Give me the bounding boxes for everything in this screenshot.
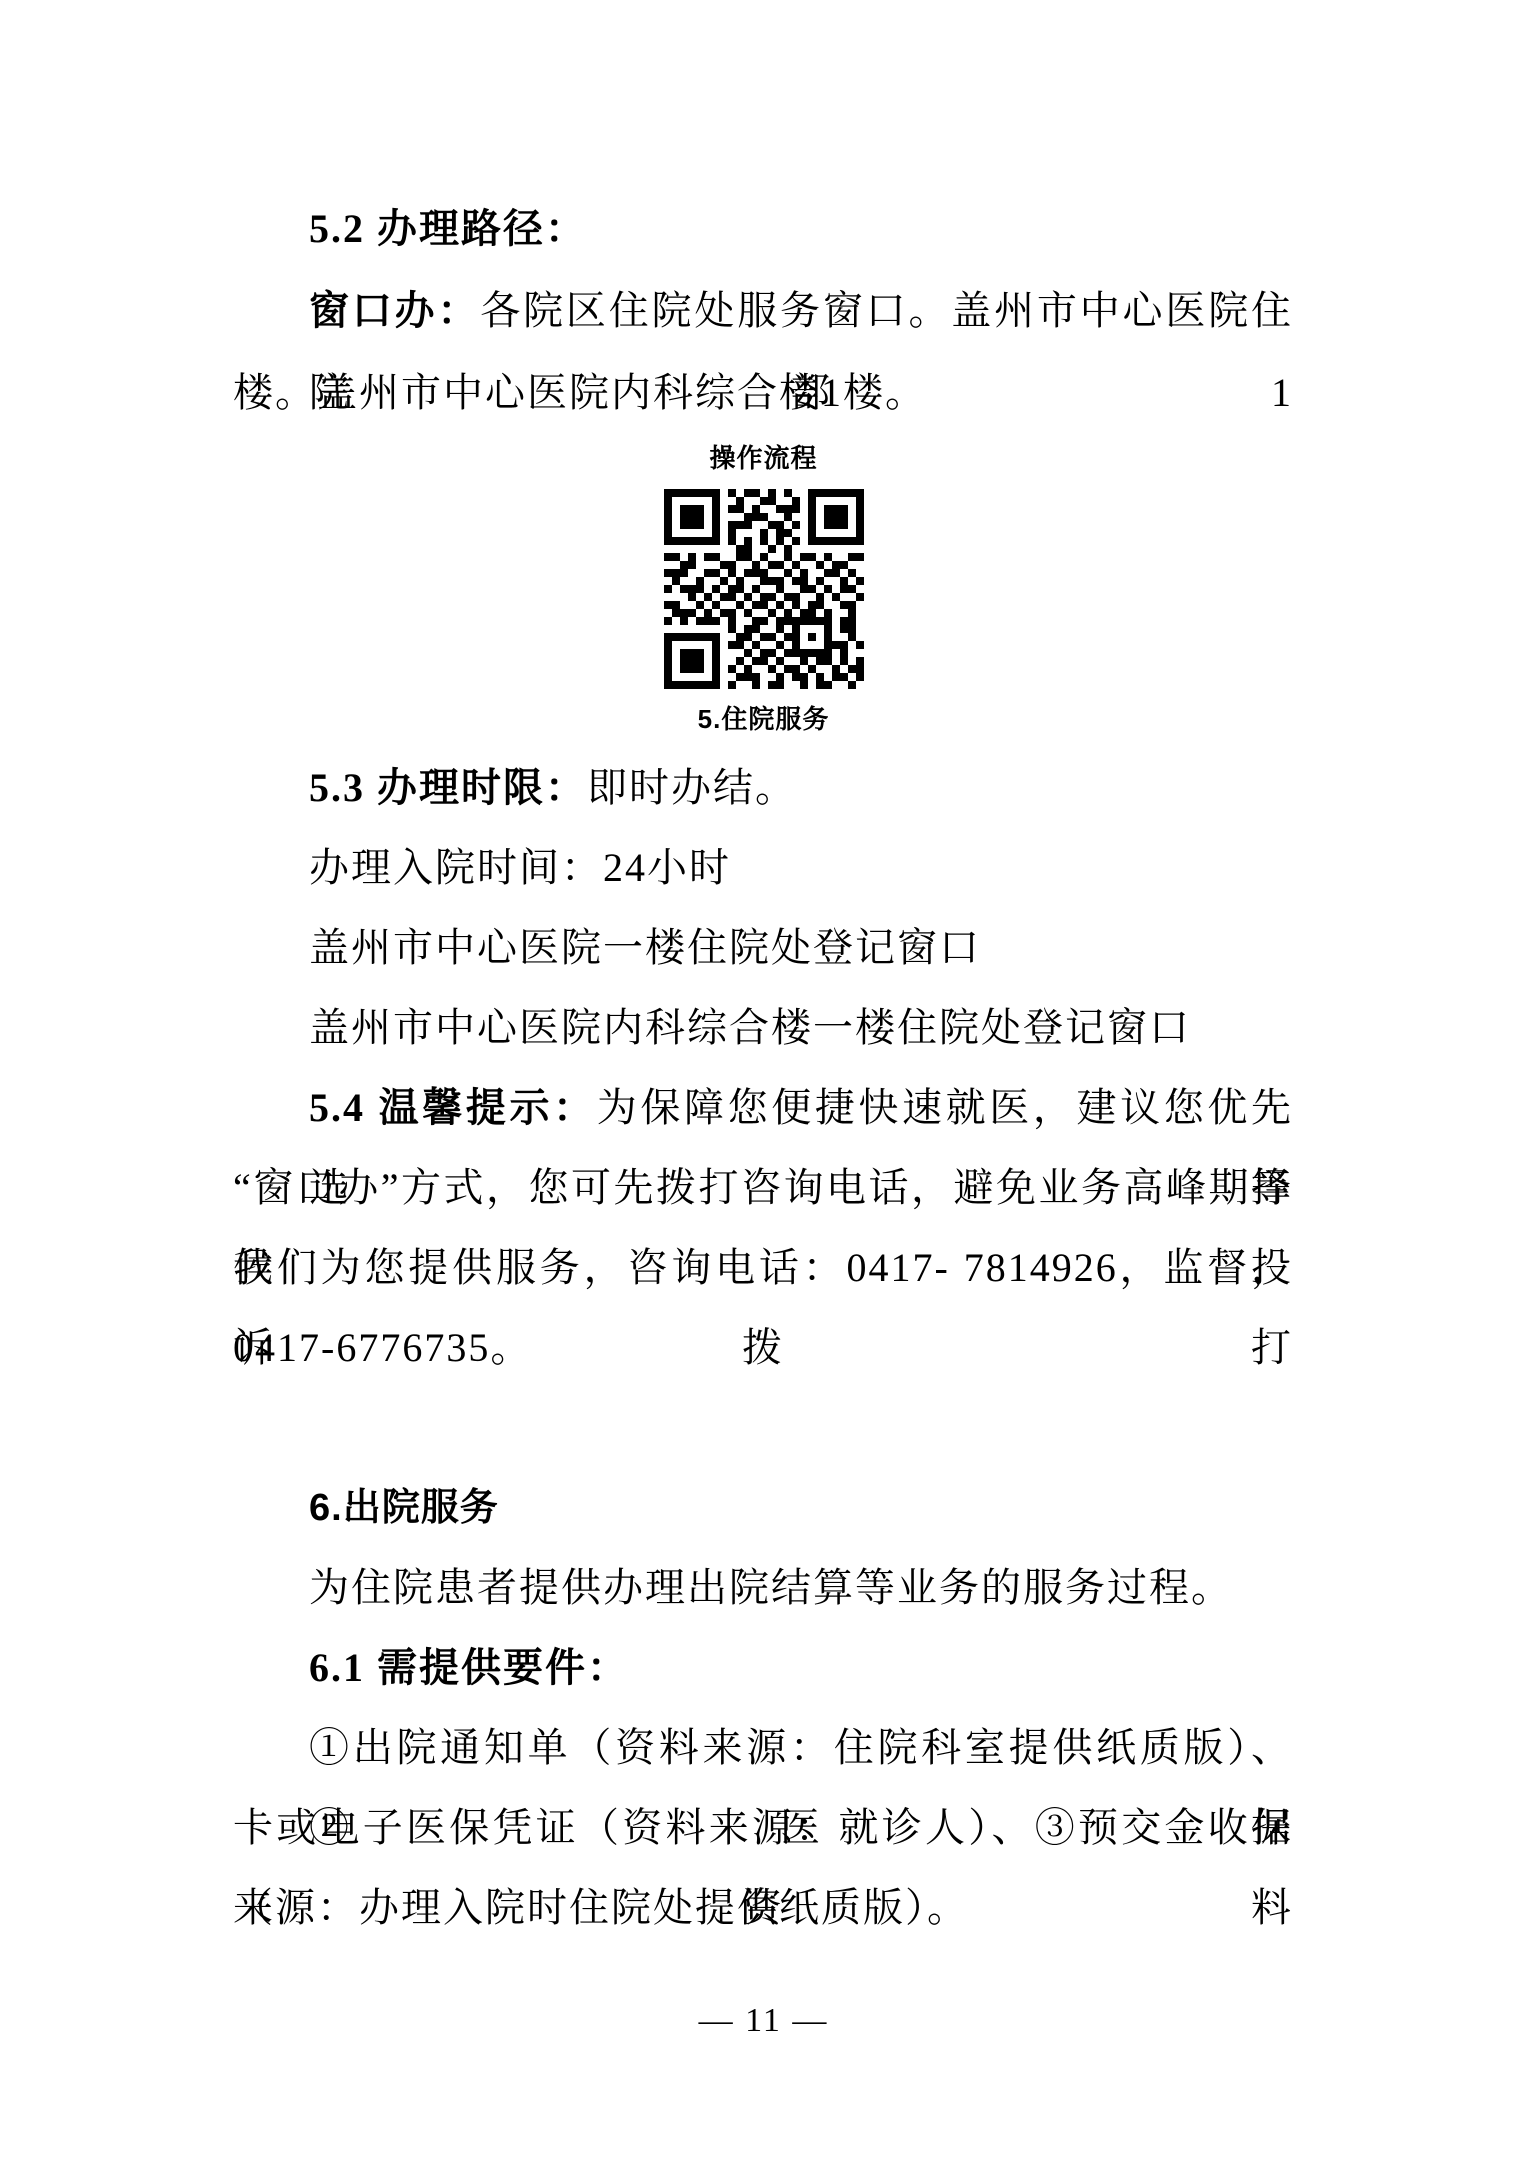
qr-module — [840, 625, 848, 633]
qr-module — [752, 601, 760, 609]
qr-module — [792, 505, 800, 513]
qr-module — [848, 553, 856, 561]
qr-module — [808, 617, 816, 625]
qr-module — [664, 553, 672, 561]
qr-module — [824, 657, 832, 665]
qr-module — [768, 609, 776, 617]
qr-module — [704, 617, 712, 625]
qr-module — [808, 601, 816, 609]
qr-module — [728, 593, 736, 601]
qr-module — [840, 601, 848, 609]
qr-module — [776, 521, 784, 529]
text-line: 5.4 温馨提示：为保障您便捷快速就医，建议您优先选择 — [233, 1068, 1293, 1148]
text-line: 盖州市中心医院内科综合楼一楼住院处登记窗口 — [233, 988, 1293, 1068]
qr-module — [824, 649, 832, 657]
qr-module — [848, 681, 856, 689]
qr-module — [736, 673, 744, 681]
qr-module — [712, 489, 720, 497]
qr-module — [680, 681, 688, 689]
qr-module — [856, 505, 864, 513]
qr-module — [736, 641, 744, 649]
qr-module — [752, 585, 760, 593]
qr-module — [704, 489, 712, 497]
qr-module — [856, 521, 864, 529]
qr-module — [856, 673, 864, 681]
qr-module — [680, 561, 688, 569]
qr-module — [720, 593, 728, 601]
qr-module — [728, 681, 736, 689]
qr-module — [776, 641, 784, 649]
qr-module — [752, 617, 760, 625]
qr-module — [664, 673, 672, 681]
qr-module — [664, 489, 672, 497]
qr-module — [712, 633, 720, 641]
qr-module — [840, 641, 848, 649]
qr-module — [768, 561, 776, 569]
line-text: 0417-6776735。 — [233, 1325, 532, 1370]
qr-module — [800, 609, 808, 617]
qr-module — [768, 545, 776, 553]
qr-module — [744, 625, 752, 633]
line-text: 6.出院服务 — [309, 1487, 499, 1529]
qr-module — [712, 513, 720, 521]
qr-module — [824, 489, 832, 497]
qr-module — [688, 561, 696, 569]
line-text: 来源：办理入院时住院处提供纸质版）。 — [233, 1885, 969, 1930]
qr-module — [672, 609, 680, 617]
qr-module — [680, 537, 688, 545]
line-bold-prefix: 5.3 办理时限： — [309, 765, 587, 810]
qr-module — [712, 537, 720, 545]
qr-module — [848, 537, 856, 545]
qr-module — [784, 505, 792, 513]
qr-module — [752, 505, 760, 513]
qr-module — [784, 617, 792, 625]
qr-module — [712, 649, 720, 657]
qr-module — [808, 609, 816, 617]
qr-module — [840, 513, 848, 521]
qr-module — [688, 489, 696, 497]
qr-module — [824, 505, 832, 513]
qr-module — [848, 617, 856, 625]
qr-module — [696, 649, 704, 657]
qr-module — [792, 537, 800, 545]
qr-module — [840, 577, 848, 585]
qr-module — [728, 537, 736, 545]
qr-module — [776, 537, 784, 545]
qr-module — [752, 673, 760, 681]
qr-module — [800, 585, 808, 593]
qr-module — [776, 585, 784, 593]
qr-module — [712, 569, 720, 577]
qr-module — [824, 521, 832, 529]
qr-module — [664, 585, 672, 593]
qr-module — [736, 601, 744, 609]
qr-module — [696, 633, 704, 641]
qr-module — [848, 585, 856, 593]
qr-module — [752, 561, 760, 569]
qr-module — [704, 609, 712, 617]
qr-module — [752, 625, 760, 633]
qr-module — [808, 521, 816, 529]
qr-module — [840, 673, 848, 681]
qr-module — [736, 505, 744, 513]
line-bold-prefix: 窗口办： — [309, 288, 480, 333]
qr-module — [840, 561, 848, 569]
qr-module — [752, 489, 760, 497]
qr-module — [824, 609, 832, 617]
qr-module — [856, 577, 864, 585]
qr-module — [768, 665, 776, 673]
qr-module — [776, 601, 784, 609]
qr-module — [848, 665, 856, 673]
qr-module — [744, 489, 752, 497]
qr-module — [696, 601, 704, 609]
page-number: — 11 — — [0, 2002, 1527, 2040]
qr-module — [792, 497, 800, 505]
qr-module — [856, 537, 864, 545]
qr-module — [848, 601, 856, 609]
qr-module — [824, 585, 832, 593]
qr-module — [760, 617, 768, 625]
qr-module — [712, 673, 720, 681]
text-line: 5.3 办理时限：即时办结。 — [233, 748, 1293, 828]
qr-module — [696, 489, 704, 497]
qr-module — [728, 625, 736, 633]
text-line: 6.出院服务 — [233, 1468, 1293, 1548]
qr-module — [680, 657, 688, 665]
qr-module — [816, 593, 824, 601]
qr-module — [720, 561, 728, 569]
text-line: 我们为您提供服务，咨询电话：0417- 7814926，监督投诉拨打 — [233, 1228, 1293, 1308]
qr-module — [736, 545, 744, 553]
qr-module — [824, 641, 832, 649]
qr-module — [704, 633, 712, 641]
qr-module — [744, 673, 752, 681]
qr-module — [784, 665, 792, 673]
qr-module — [784, 569, 792, 577]
qr-module — [664, 537, 672, 545]
text-line: 5.2 办理路径： — [233, 188, 1293, 270]
qr-module — [688, 657, 696, 665]
qr-module — [704, 553, 712, 561]
qr-module — [736, 585, 744, 593]
qr-module — [808, 497, 816, 505]
qr-module — [824, 537, 832, 545]
qr-module — [688, 665, 696, 673]
qr-module — [696, 681, 704, 689]
qr-module — [752, 641, 760, 649]
qr-module — [712, 585, 720, 593]
qr-module — [832, 593, 840, 601]
qr-module — [712, 601, 720, 609]
qr-module — [712, 553, 720, 561]
qr-module — [736, 553, 744, 561]
qr-module — [744, 569, 752, 577]
qr-module — [712, 681, 720, 689]
qr-module — [768, 497, 776, 505]
qr-module — [664, 569, 672, 577]
line-bold-prefix: 5.4 温馨提示： — [309, 1085, 597, 1130]
qr-module — [768, 633, 776, 641]
section-5-2-processing-path: 5.2 办理路径：窗口办：各院区住院处服务窗口。盖州市中心医院住院部1楼。盖州市… — [233, 188, 1293, 434]
text-line: ①出院通知单（资料来源：住院科室提供纸质版）、②医保 — [233, 1708, 1293, 1788]
qr-module — [744, 665, 752, 673]
qr-module — [760, 577, 768, 585]
qr-module — [744, 553, 752, 561]
qr-module — [816, 657, 824, 665]
qr-module — [824, 617, 832, 625]
qr-module — [712, 641, 720, 649]
qr-module — [800, 649, 808, 657]
qr-module — [768, 681, 776, 689]
qr-module — [760, 497, 768, 505]
qr-module — [808, 649, 816, 657]
qr-module — [800, 673, 808, 681]
qr-module — [840, 505, 848, 513]
qr-module — [848, 569, 856, 577]
qr-module — [672, 577, 680, 585]
qr-module — [672, 601, 680, 609]
qr-module — [744, 633, 752, 641]
qr-module — [840, 649, 848, 657]
text-line: 卡或电子医保凭证（资料来源：就诊人）、③预交金收据（资料 — [233, 1788, 1293, 1868]
qr-module — [672, 537, 680, 545]
qr-module — [664, 497, 672, 505]
qr-module — [784, 553, 792, 561]
qr-module — [728, 617, 736, 625]
qr-module — [776, 617, 784, 625]
qr-module — [696, 537, 704, 545]
qr-module — [688, 521, 696, 529]
qr-module — [728, 561, 736, 569]
qr-module — [696, 665, 704, 673]
qr-module — [728, 609, 736, 617]
qr-module — [824, 681, 832, 689]
qr-module — [840, 657, 848, 665]
qr-module — [760, 553, 768, 561]
qr-module — [848, 609, 856, 617]
qr-module — [688, 585, 696, 593]
qr-module — [664, 601, 672, 609]
qr-module — [744, 609, 752, 617]
qr-module — [672, 553, 680, 561]
qr-module — [840, 489, 848, 497]
qr-module — [792, 625, 800, 633]
qr-module — [816, 617, 824, 625]
qr-top-label: 操作流程 — [0, 438, 1527, 475]
qr-module — [760, 537, 768, 545]
qr-module — [784, 529, 792, 537]
qr-module — [832, 569, 840, 577]
qr-module — [776, 681, 784, 689]
qr-module — [680, 585, 688, 593]
qr-module — [808, 585, 816, 593]
qr-module — [840, 521, 848, 529]
qr-module — [784, 593, 792, 601]
qr-module — [832, 561, 840, 569]
qr-module — [784, 489, 792, 497]
text-line: “窗口办”方式，您可先拨打咨询电话，避免业务高峰期等候， — [233, 1148, 1293, 1228]
qr-module — [760, 593, 768, 601]
qr-module — [712, 529, 720, 537]
qr-module — [792, 521, 800, 529]
qr-module — [776, 657, 784, 665]
qr-module — [792, 593, 800, 601]
qr-block: 操作流程 5.住院服务 — [0, 438, 1527, 736]
qr-module — [808, 513, 816, 521]
qr-module — [816, 577, 824, 585]
section-5-3-5-4-details: 5.3 办理时限：即时办结。办理入院时间：24小时盖州市中心医院一楼住院处登记窗… — [233, 748, 1293, 1388]
qr-module — [776, 505, 784, 513]
qr-module — [792, 649, 800, 657]
qr-module — [712, 657, 720, 665]
qr-module — [712, 617, 720, 625]
qr-module — [680, 609, 688, 617]
qr-module — [856, 513, 864, 521]
qr-module — [752, 681, 760, 689]
qr-module — [744, 513, 752, 521]
qr-module — [664, 681, 672, 689]
qr-module — [696, 617, 704, 625]
text-line: 6.1 需提供要件： — [233, 1628, 1293, 1708]
qr-module — [792, 673, 800, 681]
qr-module — [856, 489, 864, 497]
qr-module — [664, 505, 672, 513]
qr-module — [680, 633, 688, 641]
qr-module — [680, 489, 688, 497]
line-bold-prefix: 5.2 办理路径： — [309, 206, 587, 251]
qr-module — [736, 577, 744, 585]
qr-module — [800, 681, 808, 689]
qr-module — [712, 521, 720, 529]
qr-module — [680, 665, 688, 673]
qr-module — [712, 505, 720, 513]
qr-module — [816, 561, 824, 569]
qr-module — [792, 641, 800, 649]
qr-module — [704, 569, 712, 577]
qr-module — [728, 489, 736, 497]
line-text: 6.1 需提供要件： — [309, 1645, 629, 1690]
qr-module — [664, 521, 672, 529]
qr-module — [824, 513, 832, 521]
qr-module — [784, 513, 792, 521]
qr-module — [808, 505, 816, 513]
qr-module — [752, 513, 760, 521]
line-text: 楼。盖州市中心医院内科综合楼1楼。 — [233, 370, 927, 415]
qr-module — [856, 657, 864, 665]
qr-module — [696, 521, 704, 529]
qr-module — [760, 513, 768, 521]
qr-module — [784, 633, 792, 641]
qr-module — [664, 529, 672, 537]
qr-module — [736, 497, 744, 505]
qr-module — [824, 569, 832, 577]
qr-module — [800, 577, 808, 585]
qr-module — [664, 657, 672, 665]
qr-module — [832, 673, 840, 681]
qr-module — [840, 617, 848, 625]
qr-module — [744, 521, 752, 529]
qr-module — [832, 513, 840, 521]
qr-module — [760, 649, 768, 657]
qr-module — [768, 593, 776, 601]
qr-module — [816, 673, 824, 681]
text-line: 盖州市中心医院一楼住院处登记窗口 — [233, 908, 1293, 988]
qr-module — [728, 665, 736, 673]
line-text: 为住院患者提供办理出院结算等业务的服务过程。 — [309, 1565, 1233, 1610]
qr-bottom-label: 5.住院服务 — [0, 699, 1527, 736]
qr-module — [664, 513, 672, 521]
qr-module — [736, 521, 744, 529]
qr-module — [728, 505, 736, 513]
qr-module — [832, 641, 840, 649]
qr-module — [776, 577, 784, 585]
qr-module — [856, 593, 864, 601]
qr-module — [808, 553, 816, 561]
qr-module — [680, 505, 688, 513]
qr-module — [704, 537, 712, 545]
qr-module — [792, 577, 800, 585]
qr-module — [800, 553, 808, 561]
qr-module — [680, 521, 688, 529]
qr-module — [776, 561, 784, 569]
qr-module — [696, 577, 704, 585]
qr-module — [816, 681, 824, 689]
qr-module — [800, 617, 808, 625]
qr-module — [672, 633, 680, 641]
qr-module — [696, 505, 704, 513]
qr-module — [832, 537, 840, 545]
qr-module — [840, 585, 848, 593]
qr-module — [720, 577, 728, 585]
qr-module — [680, 649, 688, 657]
qr-module — [688, 681, 696, 689]
qr-module — [760, 601, 768, 609]
qr-module — [808, 665, 816, 673]
qr-module — [792, 617, 800, 625]
qr-module — [736, 657, 744, 665]
qr-module — [664, 617, 672, 625]
qr-module — [816, 537, 824, 545]
qr-module — [848, 633, 856, 641]
qr-module — [736, 633, 744, 641]
qr-module — [784, 649, 792, 657]
qr-module — [832, 665, 840, 673]
qr-module — [680, 617, 688, 625]
qr-module — [760, 569, 768, 577]
qr-module — [704, 681, 712, 689]
qr-module — [824, 553, 832, 561]
qr-module — [704, 593, 712, 601]
qr-module — [760, 657, 768, 665]
qr-module — [680, 569, 688, 577]
qr-code — [664, 489, 864, 689]
document-page: 5.2 办理路径：窗口办：各院区住院处服务窗口。盖州市中心医院住院部1楼。盖州市… — [0, 0, 1527, 2160]
qr-module — [664, 633, 672, 641]
qr-module — [856, 665, 864, 673]
qr-module — [800, 657, 808, 665]
qr-module — [856, 553, 864, 561]
qr-module — [848, 625, 856, 633]
qr-module — [744, 649, 752, 657]
qr-module — [728, 569, 736, 577]
qr-module — [712, 665, 720, 673]
qr-module — [808, 529, 816, 537]
qr-module — [816, 489, 824, 497]
qr-module — [664, 665, 672, 673]
qr-module — [792, 633, 800, 641]
